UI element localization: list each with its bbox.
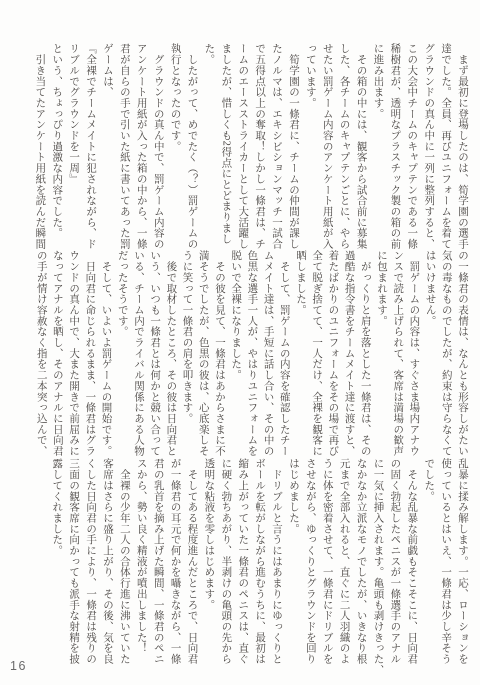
- text-band-top: まず最初に登場したのは、筍学園の選手 達でした。全員、再びユニフォームを着て グ…: [30, 43, 470, 255]
- text-band-middle: の一條君の表情は、なんとも形容しがたい 気の毒なものでしたが、約束は守らなくて …: [33, 250, 470, 462]
- text-band-bottom: 乱暴に揉み解します。一応、ローションを 使っているとはいえ、一條君は少し辛そう …: [47, 458, 470, 672]
- page-number: 16: [10, 659, 27, 673]
- book-page: まず最初に登場したのは、筍学園の選手 達でした。全員、再びユニフォームを着て グ…: [0, 0, 480, 685]
